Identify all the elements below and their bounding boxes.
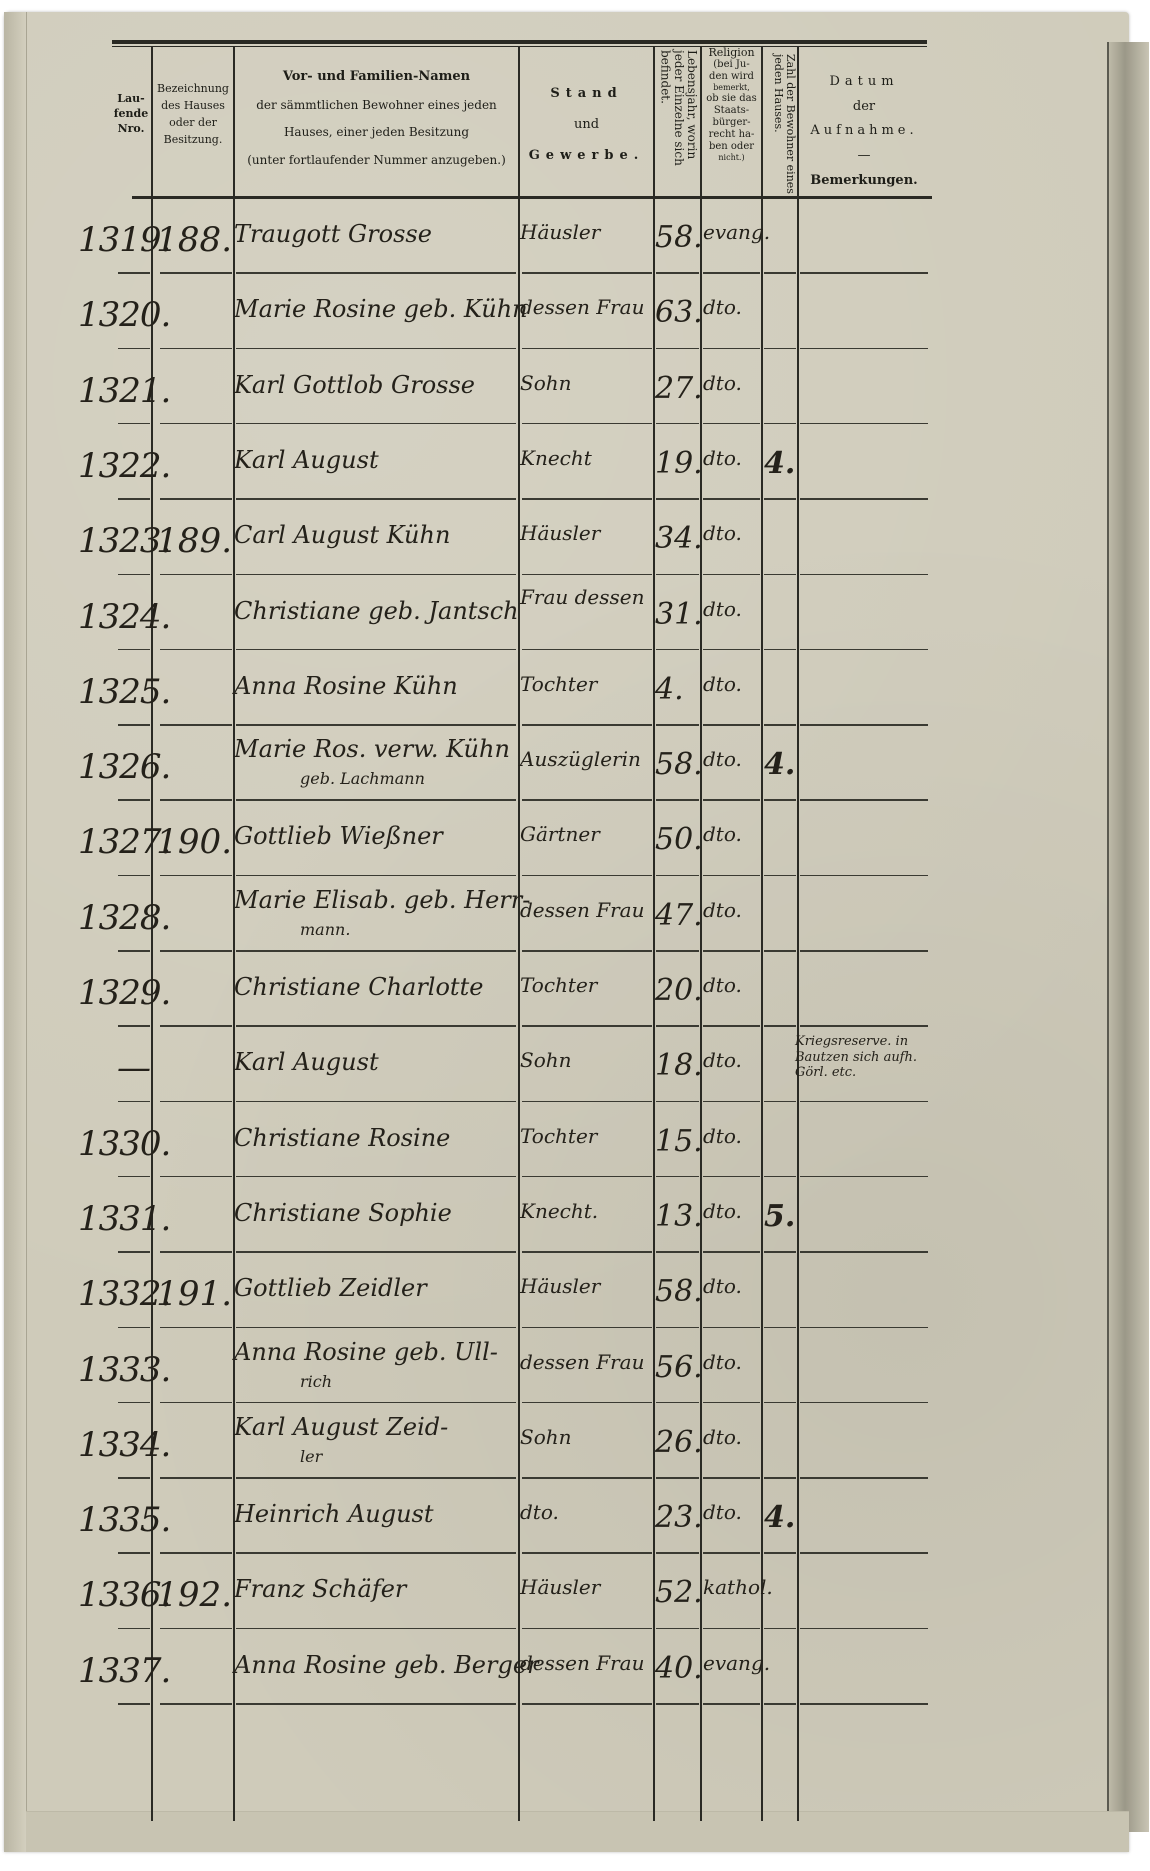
row-rule xyxy=(656,1552,699,1554)
header-text: der sämmtlichen Bewohner eines jeden xyxy=(235,92,518,120)
resident-name: Anna Rosine geb. Berger xyxy=(234,1651,518,1679)
resident-name: Anna Rosine geb. Ull- xyxy=(234,1338,518,1366)
resident-name: Carl August Kühn xyxy=(234,521,518,549)
row-rule xyxy=(656,1703,699,1705)
row-rule xyxy=(522,574,652,576)
row-rule xyxy=(764,348,796,350)
occupation: dto. xyxy=(520,1500,652,1524)
row-rule xyxy=(764,1327,796,1329)
resident-name: Christiane Sophie xyxy=(234,1199,518,1227)
row-rule xyxy=(236,1703,516,1705)
age: 31. xyxy=(655,597,700,632)
row-rule xyxy=(160,1477,232,1479)
row-rule xyxy=(764,724,796,726)
resident-name-continuation: rich xyxy=(300,1372,332,1391)
row-rule xyxy=(764,574,796,576)
row-rule xyxy=(656,950,699,952)
resident-name: Anna Rosine Kühn xyxy=(234,672,518,700)
row-rule xyxy=(118,272,150,274)
row-number: 1337. xyxy=(78,1651,150,1691)
row-rule xyxy=(236,799,516,801)
row-rule xyxy=(118,1402,150,1404)
row-rule xyxy=(800,1552,928,1554)
header-text: Staats- xyxy=(702,105,761,117)
row-rule xyxy=(656,1402,699,1404)
header-text: den wird xyxy=(702,71,761,83)
row-rule xyxy=(236,1176,516,1178)
age: 40. xyxy=(655,1651,700,1686)
row-rule xyxy=(764,1703,796,1705)
row-rule xyxy=(236,1251,516,1253)
row-rule xyxy=(703,875,760,877)
row-rule xyxy=(764,1251,796,1253)
occupation: Knecht. xyxy=(520,1199,652,1223)
occupation: dessen Frau xyxy=(520,295,652,319)
row-rule xyxy=(118,649,150,651)
religion: dto. xyxy=(703,1350,761,1374)
row-rule xyxy=(522,348,652,350)
religion: dto. xyxy=(703,521,761,545)
row-rule xyxy=(656,574,699,576)
row-rule xyxy=(160,950,232,952)
religion: dto. xyxy=(703,672,761,696)
row-rule xyxy=(764,1552,796,1554)
household-count: 4. xyxy=(764,747,796,782)
row-rule xyxy=(160,1703,232,1705)
religion: evang. xyxy=(703,220,761,244)
row-rule xyxy=(656,272,699,274)
resident-name-continuation: mann. xyxy=(300,920,350,939)
header-title: Gewerbe. xyxy=(520,140,653,171)
religion: dto. xyxy=(703,1048,761,1072)
occupation: Gärtner xyxy=(520,822,652,846)
row-rule xyxy=(160,1101,232,1103)
row-rule xyxy=(764,1402,796,1404)
header-text: und xyxy=(520,109,653,140)
row-rule xyxy=(522,1402,652,1404)
age: 18. xyxy=(655,1048,700,1083)
row-rule xyxy=(522,799,652,801)
row-rule xyxy=(522,1628,652,1630)
row-rule xyxy=(522,1025,652,1027)
age: 13. xyxy=(655,1199,700,1234)
religion: dto. xyxy=(703,973,761,997)
occupation: Häusler xyxy=(520,1274,652,1298)
row-rule xyxy=(800,1176,928,1178)
row-rule xyxy=(160,1402,232,1404)
row-rule xyxy=(160,574,232,576)
row-rule xyxy=(703,1628,760,1630)
row-rule xyxy=(800,272,928,274)
religion: kathol. xyxy=(703,1575,761,1599)
header-text: Aufnahme. xyxy=(800,119,928,144)
row-number: 1320. xyxy=(78,295,150,335)
row-rule xyxy=(118,348,150,350)
row-rule xyxy=(764,1025,796,1027)
remark: Kriegsreserve. in Bautzen sich aufh. Gör… xyxy=(795,1034,930,1081)
row-number: 1325. xyxy=(78,672,150,712)
age: 58. xyxy=(655,747,700,782)
row-rule xyxy=(522,1327,652,1329)
row-rule xyxy=(703,1703,760,1705)
row-rule xyxy=(118,1327,150,1329)
row-rule xyxy=(800,574,928,576)
age: 23. xyxy=(655,1500,700,1535)
row-number: — xyxy=(78,1048,150,1088)
age: 63. xyxy=(655,295,700,330)
row-rule xyxy=(703,574,760,576)
row-rule xyxy=(236,724,516,726)
row-rule xyxy=(703,1477,760,1479)
row-number: 1332. xyxy=(78,1274,150,1314)
row-rule xyxy=(236,1477,516,1479)
resident-name: Marie Rosine geb. Kühn xyxy=(234,295,518,323)
header-text: (unter fortlaufender Nummer anzugeben.) xyxy=(235,147,518,175)
row-rule xyxy=(703,1552,760,1554)
header-bezeichnung: Bezeichnung des Hauses oder der Besitzun… xyxy=(153,80,233,148)
row-rule xyxy=(656,1628,699,1630)
resident-name-continuation: ler xyxy=(300,1447,322,1466)
row-rule xyxy=(656,1251,699,1253)
row-rule xyxy=(800,799,928,801)
row-rule xyxy=(236,649,516,651)
header-stand: Stand und Gewerbe. xyxy=(520,78,653,172)
row-rule xyxy=(800,1703,928,1705)
header-top-rule xyxy=(112,40,927,44)
header-text: (bei Ju- xyxy=(702,59,761,71)
row-rule xyxy=(764,875,796,877)
row-rule xyxy=(522,875,652,877)
resident-name-continuation: geb. Lachmann xyxy=(300,769,425,788)
header-laufende-nro: Lau- fende Nro. xyxy=(112,92,150,137)
row-rule xyxy=(118,423,150,425)
row-number: 1322. xyxy=(78,446,150,486)
row-rule xyxy=(800,423,928,425)
row-rule xyxy=(800,1101,928,1103)
row-rule xyxy=(236,1101,516,1103)
resident-name: Karl Gottlob Grosse xyxy=(234,371,518,399)
row-rule xyxy=(236,1552,516,1554)
age: 56. xyxy=(655,1350,700,1385)
religion: dto. xyxy=(703,1500,761,1524)
row-rule xyxy=(236,498,516,500)
row-rule xyxy=(656,799,699,801)
row-rule xyxy=(118,1703,150,1705)
row-rule xyxy=(703,498,760,500)
resident-name: Gottlieb Zeidler xyxy=(234,1274,518,1302)
religion: dto. xyxy=(703,597,761,621)
header-text: nicht.) xyxy=(702,153,761,163)
row-rule xyxy=(118,1628,150,1630)
row-rule xyxy=(800,348,928,350)
row-rule xyxy=(764,1101,796,1103)
row-rule xyxy=(703,1327,760,1329)
row-rule xyxy=(160,498,232,500)
header-text: oder der xyxy=(153,114,233,131)
row-number: 1326. xyxy=(78,747,150,787)
header-text: fende xyxy=(112,107,150,122)
house-number: 188. xyxy=(156,220,232,260)
row-number: 1333. xyxy=(78,1350,150,1390)
age: 50. xyxy=(655,822,700,857)
age: 34. xyxy=(655,521,700,556)
row-number: 1323. xyxy=(78,521,150,561)
religion: dto. xyxy=(703,371,761,395)
row-rule xyxy=(656,875,699,877)
header-religion: Religion (bei Ju- den wird bemerkt, ob s… xyxy=(702,46,761,162)
row-rule xyxy=(118,950,150,952)
row-rule xyxy=(764,1176,796,1178)
header-title: Vor- und Familien-Namen xyxy=(235,62,518,92)
row-rule xyxy=(118,875,150,877)
religion: dto. xyxy=(703,1425,761,1449)
row-rule xyxy=(236,875,516,877)
row-rule xyxy=(656,1327,699,1329)
resident-name: Franz Schäfer xyxy=(234,1575,518,1603)
row-rule xyxy=(160,1251,232,1253)
row-rule xyxy=(160,1628,232,1630)
row-number: 1329. xyxy=(78,973,150,1013)
row-rule xyxy=(800,1327,928,1329)
row-rule xyxy=(522,1176,652,1178)
header-text: bemerkt, xyxy=(702,83,761,93)
row-number: 1330. xyxy=(78,1124,150,1164)
occupation: dessen Frau xyxy=(520,898,652,922)
row-rule xyxy=(656,1176,699,1178)
header-title: Bemerkungen. xyxy=(800,169,928,194)
row-rule xyxy=(703,272,760,274)
occupation: Häusler xyxy=(520,521,652,545)
row-number: 1319. xyxy=(78,220,150,260)
age: 15. xyxy=(655,1124,700,1159)
occupation: dessen Frau xyxy=(520,1651,652,1675)
row-rule xyxy=(118,574,150,576)
row-rule xyxy=(703,348,760,350)
resident-name: Karl August xyxy=(234,446,518,474)
header-namen: Vor- und Familien-Namen der sämmtlichen … xyxy=(235,62,518,175)
row-rule xyxy=(522,1552,652,1554)
row-rule xyxy=(656,724,699,726)
occupation: Häusler xyxy=(520,220,652,244)
row-rule xyxy=(656,1101,699,1103)
row-rule xyxy=(656,1477,699,1479)
row-rule xyxy=(236,574,516,576)
resident-name: Marie Ros. verw. Kühn xyxy=(234,735,518,763)
row-rule xyxy=(703,1251,760,1253)
row-rule xyxy=(118,724,150,726)
age: 26. xyxy=(655,1425,700,1460)
row-rule xyxy=(800,1251,928,1253)
house-number: 192. xyxy=(156,1575,232,1615)
row-rule xyxy=(800,875,928,877)
occupation: Frau dessen xyxy=(520,585,652,609)
row-rule xyxy=(118,1477,150,1479)
row-rule xyxy=(236,1402,516,1404)
row-rule xyxy=(160,1025,232,1027)
row-rule xyxy=(118,799,150,801)
occupation: Auszüglerin xyxy=(520,747,652,771)
row-rule xyxy=(656,1025,699,1027)
row-rule xyxy=(118,1552,150,1554)
row-rule xyxy=(522,1477,652,1479)
row-rule xyxy=(703,1176,760,1178)
row-rule xyxy=(800,950,928,952)
row-rule xyxy=(522,950,652,952)
header-lebensjahr: Lebensjahr, worin jeder Einzelne sich be… xyxy=(656,50,698,192)
header-zahl: Zahl der Bewohner eines jeden Hauses. xyxy=(764,54,796,194)
house-number: 190. xyxy=(156,822,232,862)
row-rule xyxy=(522,1251,652,1253)
religion: dto. xyxy=(703,747,761,771)
household-count: 4. xyxy=(764,1500,796,1535)
row-rule xyxy=(118,498,150,500)
resident-name: Christiane Charlotte xyxy=(234,973,518,1001)
row-rule xyxy=(236,950,516,952)
column-divider xyxy=(761,46,763,1821)
row-rule xyxy=(236,423,516,425)
row-number: 1328. xyxy=(78,898,150,938)
header-title: Stand xyxy=(520,78,653,109)
age: 47. xyxy=(655,898,700,933)
row-rule xyxy=(703,1101,760,1103)
header-text: der xyxy=(800,95,928,120)
row-rule xyxy=(703,799,760,801)
house-number: 191. xyxy=(156,1274,232,1314)
row-rule xyxy=(522,724,652,726)
row-rule xyxy=(236,348,516,350)
row-rule xyxy=(118,1176,150,1178)
row-rule xyxy=(522,423,652,425)
resident-name: Heinrich August xyxy=(234,1500,518,1528)
row-rule xyxy=(764,1628,796,1630)
row-rule xyxy=(703,649,760,651)
resident-name: Marie Elisab. geb. Herr- xyxy=(234,886,518,914)
row-rule xyxy=(522,498,652,500)
occupation: Sohn xyxy=(520,1425,652,1449)
row-rule xyxy=(118,1251,150,1253)
row-rule xyxy=(764,649,796,651)
row-rule xyxy=(160,423,232,425)
row-number: 1324. xyxy=(78,597,150,637)
row-rule xyxy=(656,649,699,651)
resident-name: Traugott Grosse xyxy=(234,220,518,248)
row-rule xyxy=(800,649,928,651)
household-count: 4. xyxy=(764,446,796,481)
row-rule xyxy=(236,1628,516,1630)
row-rule xyxy=(764,950,796,952)
page-edge xyxy=(1107,42,1149,1832)
row-rule xyxy=(800,724,928,726)
age: 52. xyxy=(655,1575,700,1610)
row-rule xyxy=(800,1628,928,1630)
row-rule xyxy=(160,1327,232,1329)
column-divider xyxy=(797,46,799,1821)
header-bottom-rule xyxy=(132,196,932,199)
occupation: dessen Frau xyxy=(520,1350,652,1374)
row-rule xyxy=(160,799,232,801)
row-rule xyxy=(118,1025,150,1027)
row-rule xyxy=(160,1176,232,1178)
age: 58. xyxy=(655,1274,700,1309)
row-rule xyxy=(160,272,232,274)
row-rule xyxy=(160,649,232,651)
age: 58. xyxy=(655,220,700,255)
row-rule xyxy=(764,498,796,500)
row-rule xyxy=(656,348,699,350)
row-number: 1336. xyxy=(78,1575,150,1615)
header-text: Bezeichnung xyxy=(153,80,233,97)
header-text: ob sie das xyxy=(702,93,761,105)
row-number: 1335. xyxy=(78,1500,150,1540)
row-rule xyxy=(656,423,699,425)
row-rule xyxy=(703,950,760,952)
resident-name: Christiane geb. Jantsch xyxy=(234,597,518,625)
household-count: 5. xyxy=(764,1199,796,1234)
religion: dto. xyxy=(703,1124,761,1148)
header-datum: Datum der Aufnahme. — Bemerkungen. xyxy=(800,70,928,193)
header-text: Datum xyxy=(800,70,928,95)
occupation: Sohn xyxy=(520,371,652,395)
header-text: bürger- xyxy=(702,117,761,129)
row-number: 1331. xyxy=(78,1199,150,1239)
row-rule xyxy=(800,1025,928,1027)
header-text: Hauses, einer jeden Besitzung xyxy=(235,119,518,147)
resident-name: Karl August Zeid- xyxy=(234,1413,518,1441)
row-number: 1334. xyxy=(78,1425,150,1465)
row-rule xyxy=(703,423,760,425)
row-rule xyxy=(160,724,232,726)
row-rule xyxy=(656,498,699,500)
occupation: Tochter xyxy=(520,973,652,997)
age: 20. xyxy=(655,973,700,1008)
row-rule xyxy=(522,1101,652,1103)
age: 4. xyxy=(655,672,700,707)
row-rule xyxy=(764,799,796,801)
header-text: — xyxy=(800,144,928,169)
header-text: ben oder xyxy=(702,141,761,153)
religion: dto. xyxy=(703,1274,761,1298)
page-binding xyxy=(4,12,27,1852)
religion: dto. xyxy=(703,295,761,319)
row-rule xyxy=(236,1025,516,1027)
header-text: recht ha- xyxy=(702,129,761,141)
row-rule xyxy=(236,1327,516,1329)
row-number: 1327. xyxy=(78,822,150,862)
header-text: Religion xyxy=(702,46,761,59)
resident-name: Gottlieb Wießner xyxy=(234,822,518,850)
occupation: Knecht xyxy=(520,446,652,470)
row-rule xyxy=(160,1552,232,1554)
row-rule xyxy=(800,1402,928,1404)
row-rule xyxy=(764,272,796,274)
row-rule xyxy=(160,875,232,877)
occupation: Tochter xyxy=(520,1124,652,1148)
religion: dto. xyxy=(703,446,761,470)
header-text: Besitzung. xyxy=(153,131,233,148)
row-rule xyxy=(160,348,232,350)
age: 27. xyxy=(655,371,700,406)
row-rule xyxy=(522,1703,652,1705)
house-number: 189. xyxy=(156,521,232,561)
row-rule xyxy=(522,272,652,274)
row-rule xyxy=(118,1101,150,1103)
page-bottom-fold xyxy=(26,1811,1129,1852)
resident-name: Christiane Rosine xyxy=(234,1124,518,1152)
header-text: des Hauses xyxy=(153,97,233,114)
row-rule xyxy=(764,423,796,425)
occupation: Sohn xyxy=(520,1048,652,1072)
religion: dto. xyxy=(703,1199,761,1223)
